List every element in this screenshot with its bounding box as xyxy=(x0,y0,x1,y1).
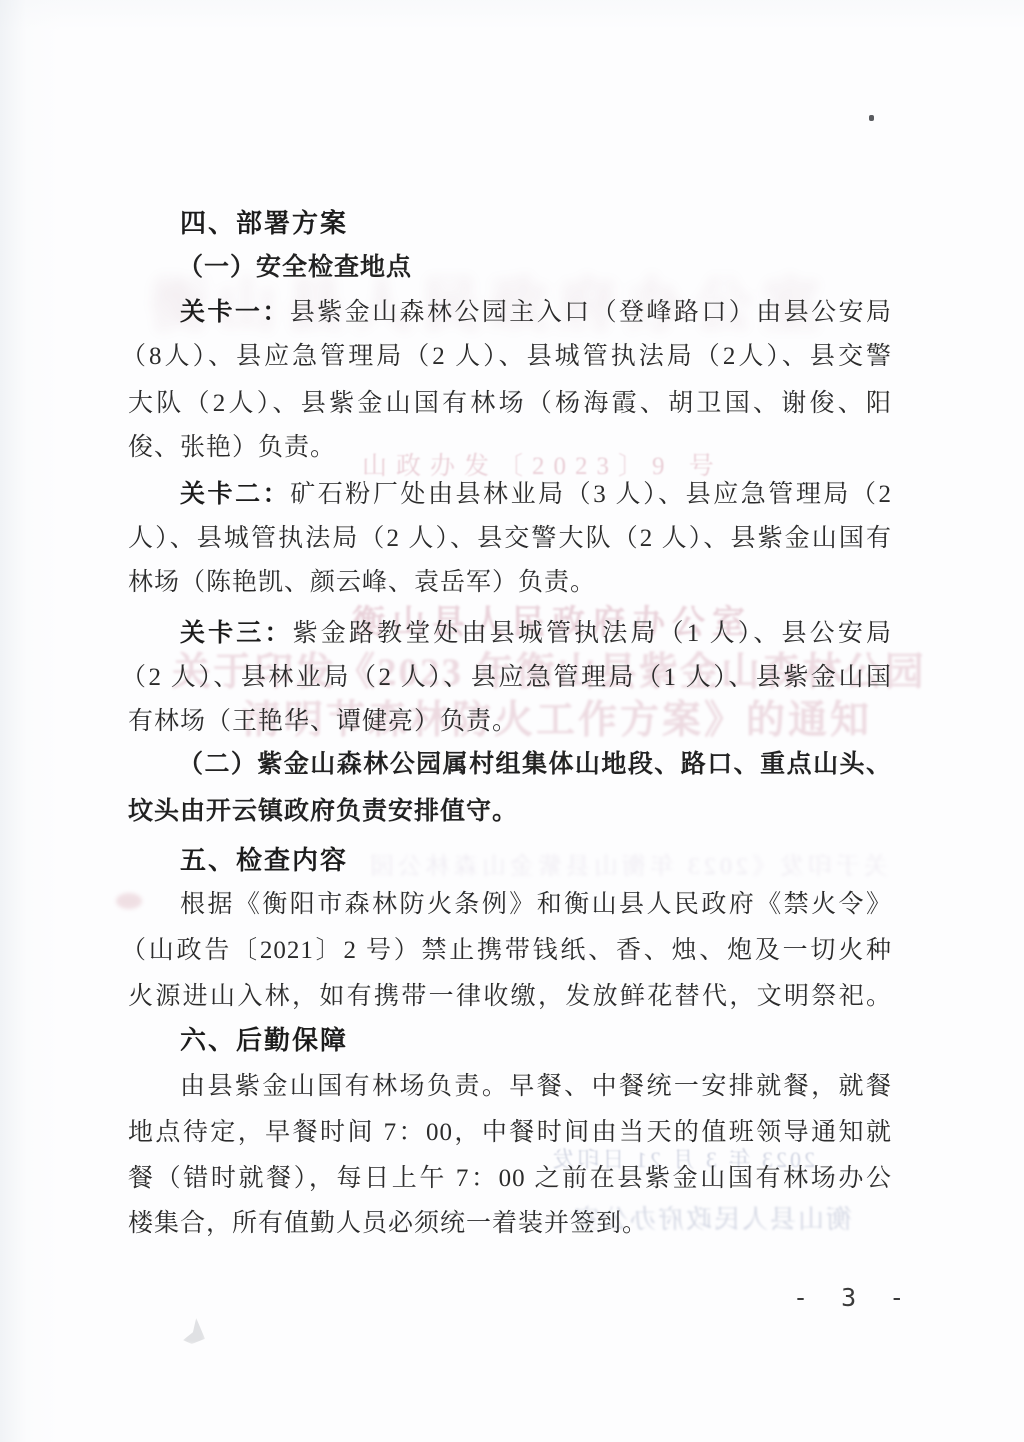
text-line: 火源进山入林，如有携带一律收缴，发放鲜花替代，文明祭祀。 xyxy=(128,977,892,1019)
text-line: 地点待定，早餐时间 7：00，中餐时间由当天的值班领导通知就 xyxy=(128,1113,892,1155)
scan-smudge xyxy=(183,1318,205,1344)
line-text: 地点待定，早餐时间 7：00，中餐时间由当天的值班领导通知就 xyxy=(128,1119,892,1146)
spacer xyxy=(128,1073,180,1100)
text-line: 楼集合，所有值勤人员必须统一着装并签到。 xyxy=(128,1204,892,1246)
line-text: 矿石粉厂处由县林业局（3 人）、县应急管理局（2 xyxy=(290,481,892,508)
subheading-text: （一）安全检查地点 xyxy=(128,254,412,281)
text-line: 根据《衡阳市森林防火条例》和衡山县人民政府《禁火令》 xyxy=(128,885,892,927)
scanned-document-page: 衡山县人民政府办公室 山政办发〔2023〕9 号 衡山县人民政府办公室 关于印发… xyxy=(0,0,1024,1442)
heading-text: 四、部署方案 xyxy=(128,209,348,239)
text-line: 林场（陈艳凯、颜云峰、袁岳军）负责。 xyxy=(128,563,892,605)
text-line: 有林场（王艳华、谭健亮）负责。 xyxy=(128,702,892,744)
section-heading-6: 六、后勤保障 xyxy=(128,1021,892,1063)
page-number: - 3 - xyxy=(793,1283,913,1312)
heading-text: 六、后勤保障 xyxy=(128,1026,348,1056)
spacer xyxy=(128,620,180,647)
line-text: 县紫金山森林公园主入口（登峰路口）由县公安局 xyxy=(290,299,892,326)
heading-text: 五、检查内容 xyxy=(128,846,348,876)
text-line: （8人）、县应急管理局（2 人）、县城管执法局（2人）、县交警 xyxy=(121,337,892,379)
checkpoint-3-label: 关卡三： xyxy=(180,618,293,647)
section-heading-5: 五、检查内容 xyxy=(128,841,892,883)
text-line: 由县紫金山国有林场负责。早餐、中餐统一安排就餐，就餐 xyxy=(128,1067,892,1109)
spacer xyxy=(128,299,180,326)
text-line: 关卡三：紫金路教堂处由县城管执法局（1 人）、县公安局 xyxy=(128,613,892,655)
line-text: 火源进山入林，如有携带一律收缴，发放鲜花替代，文明祭祀。 xyxy=(128,983,892,1010)
text-line: 俊、张艳）负责。 xyxy=(128,428,892,470)
subsection-heading-1: （一）安全检查地点 xyxy=(128,248,892,290)
text-line: （山政告〔2021〕2 号）禁止携带钱纸、香、烛、炮及一切火种 xyxy=(121,931,892,973)
line-text: 根据《衡阳市森林防火条例》和衡山县人民政府《禁火令》 xyxy=(180,891,892,918)
text-line: 餐（错时就餐），每日上午 7：00 之前在县紫金山国有林场办公 xyxy=(128,1159,892,1201)
line-text: 大队（2人）、县紫金山国有林场（杨海霞、胡卫国、谢俊、阳 xyxy=(128,390,892,417)
line-text: 坟头由开云镇政府负责安排值守。 xyxy=(128,798,518,825)
line-text: 由县紫金山国有林场负责。早餐、中餐统一安排就餐，就餐 xyxy=(180,1073,892,1100)
line-text: 林场（陈艳凯、颜云峰、袁岳军）负责。 xyxy=(128,569,596,596)
section-heading-4: 四、部署方案 xyxy=(128,204,892,246)
spacer xyxy=(128,891,180,918)
checkpoint-1-label: 关卡一： xyxy=(180,297,290,326)
text-line: 关卡一：县紫金山森林公园主入口（登峰路口）由县公安局 xyxy=(128,292,892,334)
line-text: 楼集合，所有值勤人员必须统一着装并签到。 xyxy=(128,1210,648,1237)
line-text: （2 人）、县林业局（2 人）、县应急管理局（1 人）、县紫金山国 xyxy=(121,664,892,691)
text-line: 关卡二：矿石粉厂处由县林业局（3 人）、县应急管理局（2 xyxy=(128,474,892,516)
line-text: 有林场（王艳华、谭健亮）负责。 xyxy=(128,708,518,735)
spacer xyxy=(128,481,180,508)
text-line: 大队（2人）、县紫金山国有林场（杨海霞、胡卫国、谢俊、阳 xyxy=(128,384,892,426)
line-text: （8人）、县应急管理局（2 人）、县城管执法局（2人）、县交警 xyxy=(121,343,892,370)
line-text: 人）、县城管执法局（2 人）、县交警大队（2 人）、县紫金山国有 xyxy=(128,525,892,552)
subsection-heading-2: （二）紫金山森林公园属村组集体山地段、路口、重点山头、 xyxy=(128,745,892,787)
line-text: （二）紫金山森林公园属村组集体山地段、路口、重点山头、 xyxy=(178,751,892,778)
line-text: 餐（错时就餐），每日上午 7：00 之前在县紫金山国有林场办公 xyxy=(128,1165,892,1192)
spacer xyxy=(128,751,178,778)
line-text: （山政告〔2021〕2 号）禁止携带钱纸、香、烛、炮及一切火种 xyxy=(121,937,892,964)
line-text: 紫金路教堂处由县城管执法局（1 人）、县公安局 xyxy=(293,620,892,647)
text-line: 人）、县城管执法局（2 人）、县交警大队（2 人）、县紫金山国有 xyxy=(128,519,892,561)
line-text: 俊、张艳）负责。 xyxy=(128,434,336,461)
checkpoint-2-label: 关卡二： xyxy=(180,479,290,508)
ink-speck xyxy=(869,115,874,121)
text-line: 坟头由开云镇政府负责安排值守。 xyxy=(128,792,892,834)
text-line: （2 人）、县林业局（2 人）、县应急管理局（1 人）、县紫金山国 xyxy=(121,658,892,700)
